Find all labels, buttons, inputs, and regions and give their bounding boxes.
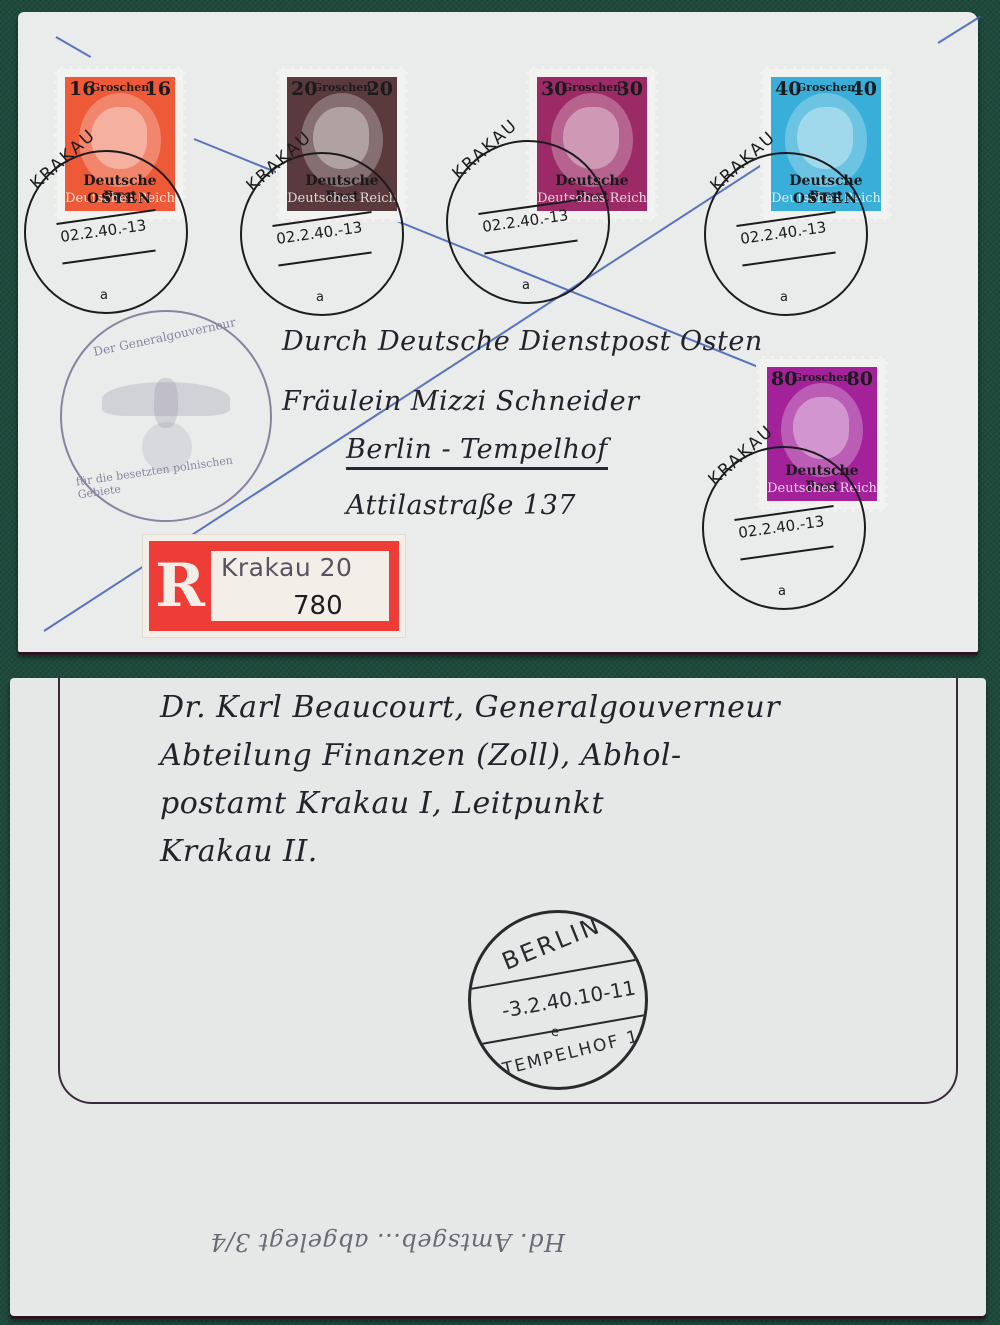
registration-number: 780 [293,591,343,621]
blue-crayon-line [937,16,980,44]
portrait [797,107,853,169]
stamp-face: 80 Groschen 80 Deutsche Post Deutsches R… [767,367,877,501]
stamp-face: 20 Groschen 20 Deutsche Post Deutsches R… [287,77,397,211]
sender-line: Dr. Karl Beaucourt, Generalgouverneur [160,690,780,725]
stamp-20-groschen: 20 Groschen 20 Deutsche Post Deutsches R… [276,66,408,222]
stamp-face: 40 Groschen 40 Deutsche Post Deutsches R… [771,77,881,211]
stamp-30-groschen: 30 Groschen 30 Deutsche Post Deutsches R… [526,66,658,222]
pencil-note: Hd. Amtsgeb... abgelegt 3/4 [210,1228,565,1256]
stamp-40-groschen: 40 Groschen 40 Deutsche Post Deutsches R… [760,66,892,222]
sender-line: Abteilung Finanzen (Zoll), Abhol- [160,738,682,773]
blue-crayon-line [56,36,92,58]
portrait [313,107,369,169]
berlin-tempelhof-postmark: BERLIN- -3.2.40.10-11 e TEMPELHOF 1 [468,910,648,1090]
stamp-16-groschen: 16 Groschen 16 Deutsche Post Deutsches R… [54,66,186,222]
registration-label: R Krakau 20 780 [142,534,406,638]
address-line-recipient: Fräulein Mizzi Schneider [282,386,639,417]
portrait [563,107,619,169]
registration-office: Krakau 20 [221,553,352,582]
stamp-face: 16 Groschen 16 Deutsche Post Deutsches R… [65,77,175,211]
registration-letter: R [149,541,211,631]
address-line-service: Durch Deutsche Dienstpost Osten [282,326,763,357]
stamp-80-groschen: 80 Groschen 80 Deutsche Post Deutsches R… [756,356,888,512]
sender-line: postamt Krakau I, Leitpunkt [160,786,604,821]
generalgouverneur-seal: Der Generalgouverneur für die besetzten … [60,310,272,522]
address-line-city: Berlin - Tempelhof [346,434,608,470]
sender-line: Krakau II. [160,834,318,869]
portrait [91,107,147,169]
stamp-face: 30 Groschen 30 Deutsche Post Deutsches R… [537,77,647,211]
portrait [793,397,849,459]
address-line-street: Attilastraße 137 [346,490,576,521]
